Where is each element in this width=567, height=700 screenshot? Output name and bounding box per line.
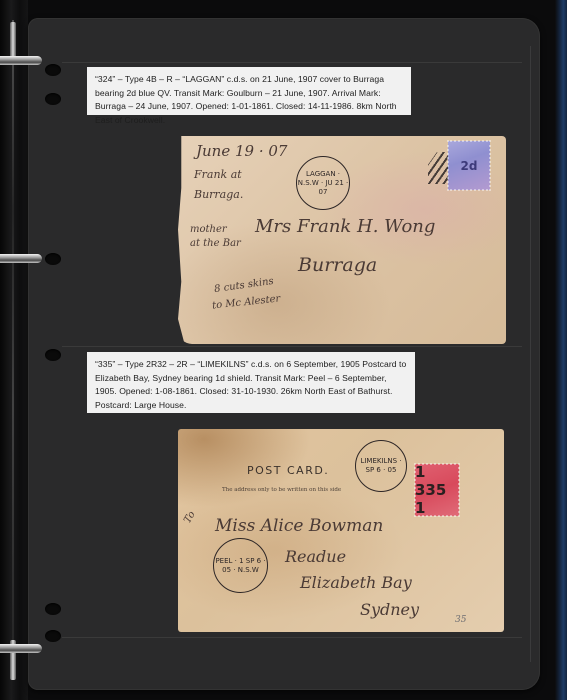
stamp-2d-blue-qv[interactable]: 2d (448, 141, 490, 190)
punch-hole (45, 349, 61, 361)
handwriting-street: Elizabeth Bay (300, 573, 412, 592)
punch-hole (45, 630, 61, 642)
punch-hole (45, 64, 61, 76)
mount-strip-line (62, 346, 522, 347)
caption-limekilns: “335” – Type 2R32 – 2R – “LIMEKILNS” c.d… (87, 352, 415, 413)
binder-spine-highlight (12, 20, 14, 660)
handwriting-addressee: Miss Alice Bowman (215, 516, 383, 536)
punch-hole (45, 253, 61, 265)
punch-hole (45, 93, 61, 105)
handwriting-note: mother (190, 224, 227, 235)
binder-spine (0, 0, 28, 700)
handwriting-house: Readue (285, 547, 346, 566)
handwriting-city: Sydney (360, 600, 419, 619)
handwriting-note: Frank at (194, 168, 242, 181)
postmark-peel: PEEL · 1 SP 6 · 05 · N.S.W (213, 538, 268, 593)
mount-strip-line (62, 637, 522, 638)
stamp-1d-shield[interactable]: 1 335 1 (415, 464, 459, 516)
postcard-printed-title: POST CARD. (247, 464, 329, 477)
postcard-printed-subtitle: The address only to be written on this s… (222, 487, 341, 493)
album-cover-edge (555, 0, 567, 700)
postmark-limekilns: LIMEKILNS · SP 6 · 05 (355, 440, 407, 492)
binder-ring[interactable] (0, 56, 42, 65)
binder-ring[interactable] (0, 644, 42, 653)
handwriting-addressee: Mrs Frank H. Wong (255, 216, 435, 237)
postmark-laggan: LAGGAN · N.S.W · JU 21 · 07 (296, 156, 350, 210)
handwriting-note: at the Bar (190, 238, 241, 249)
handwriting-note: Burraga. (194, 188, 243, 201)
pencil-note: 35 (455, 615, 466, 625)
caption-laggan: “324” – Type 4B – R – “LAGGAN” c.d.s. on… (87, 67, 411, 115)
handwriting-date: June 19 · 07 (196, 142, 287, 160)
handwriting-town: Burraga (298, 254, 377, 276)
punch-hole (45, 603, 61, 615)
mount-strip-line (62, 62, 522, 63)
binder-ring[interactable] (0, 254, 42, 263)
